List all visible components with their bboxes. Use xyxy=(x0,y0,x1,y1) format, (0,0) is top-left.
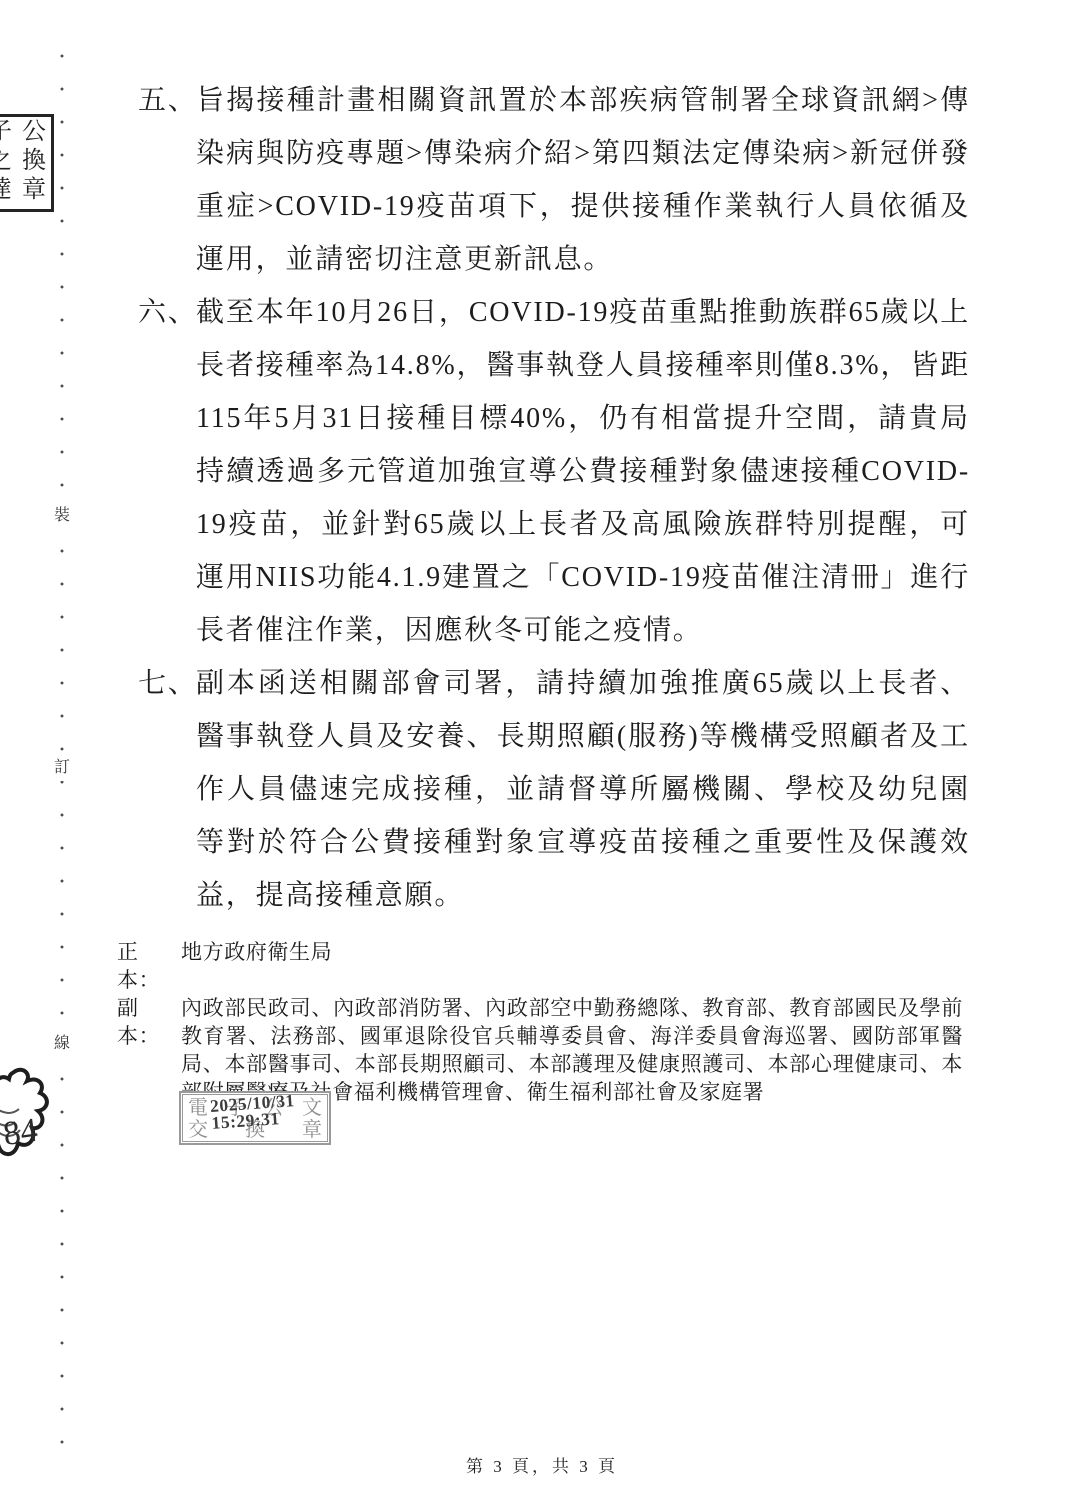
original-recipient-value: 地方政府衛生局 xyxy=(181,938,963,994)
paragraph-number: 五、 xyxy=(138,74,196,286)
binding-label-ding: 訂 xyxy=(51,755,73,781)
archive-number: 84 xyxy=(1,1112,40,1153)
paragraph-text: 旨揭接種計畫相關資訊置於本部疾病管制署全球資訊網>傳染病與防疫專題>傳染病介紹>… xyxy=(196,74,970,286)
stamp-visible-column: 公換章 xyxy=(17,117,51,209)
copy-recipient-label: 副本： xyxy=(117,994,181,1106)
binding-label-zhuang: 裝 xyxy=(51,503,73,529)
paragraph-text: 截至本年10月26日，COVID-19疫苗重點推動族群65歲以上長者接種率為14… xyxy=(196,286,970,657)
stamp-partial-column: 子之達 xyxy=(0,117,17,209)
copy-recipient-value: 內政部民政司、內政部消防署、內政部空中勤務總隊、教育部、教育部國民及學前教育署、… xyxy=(181,994,963,1106)
stamp-time: 15:29:31 xyxy=(211,1110,280,1132)
letter-body: 五、 旨揭接種計畫相關資訊置於本部疾病管制署全球資訊網>傳染病與防疫專題>傳染病… xyxy=(138,74,970,922)
recipients-block: 正本： 地方政府衛生局 副本： 內政部民政司、內政部消防署、內政部空中勤務總隊、… xyxy=(117,938,963,1106)
paragraph-item-7: 七、 副本函送相關部會司署，請持續加強推廣65歲以上長者、醫事執登人員及安養、長… xyxy=(138,657,970,922)
document-page: 裝 訂 線 子之達 公換章 五、 旨揭接種計畫相關資訊置於本部疾病管制署全球資訊… xyxy=(0,0,1084,1512)
paragraph-number: 七、 xyxy=(138,657,196,922)
paragraph-text: 副本函送相關部會司署，請持續加強推廣65歲以上長者、醫事執登人員及安養、長期照顧… xyxy=(196,657,970,922)
paragraph-item-6: 六、 截至本年10月26日，COVID-19疫苗重點推動族群65歲以上長者接種率… xyxy=(138,286,970,657)
electronic-exchange-stamp: 電子公文 交換章 2025/10/31 15:29:31 xyxy=(179,1091,331,1145)
archive-mark-84: 84 xyxy=(0,1064,56,1176)
paragraph-number: 六、 xyxy=(138,286,196,657)
exchange-stamp-top-left: 子之達 公換章 xyxy=(0,114,54,212)
original-recipient-row: 正本： 地方政府衛生局 xyxy=(117,938,963,994)
binding-label-xian: 線 xyxy=(51,1031,73,1057)
page-number: 第 3 頁，共 3 頁 xyxy=(0,1452,1084,1477)
paragraph-item-5: 五、 旨揭接種計畫相關資訊置於本部疾病管制署全球資訊網>傳染病與防疫專題>傳染病… xyxy=(138,74,970,286)
original-recipient-label: 正本： xyxy=(117,938,181,994)
copy-recipient-row: 副本： 內政部民政司、內政部消防署、內政部空中勤務總隊、教育部、教育部國民及學前… xyxy=(117,994,963,1106)
